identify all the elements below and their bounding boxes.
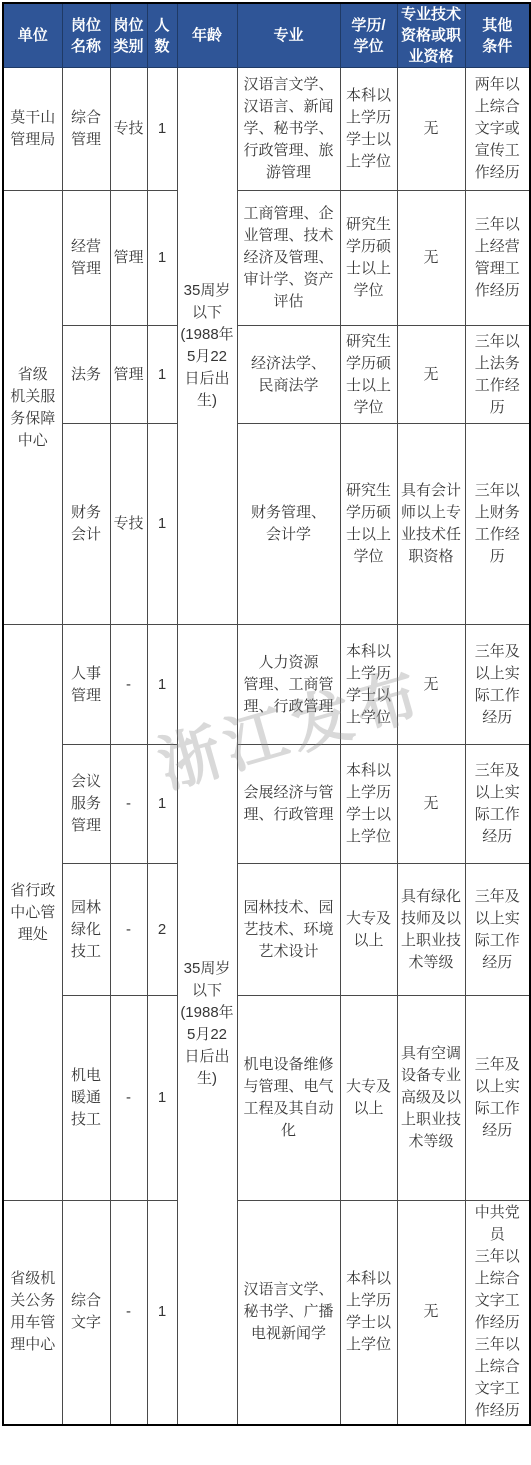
table-row: 法务 管理 1 经济法学、 民商法学 研究生学历硕士以上学位 无 三年以上法务工… <box>3 326 530 424</box>
other-conditions-cell: 三年及以上实际工作经历 <box>465 996 530 1201</box>
major-cell: 会展经济与管理、行政管理 <box>237 745 340 864</box>
table-header-row: 单位 岗位 名称 岗位 类别 人 数 年龄 专业 学历/ 学位 专业技术 资格或… <box>3 3 530 68</box>
unit-cell: 省级 机关服 务保障 中心 <box>3 191 62 625</box>
col-header-major: 专业 <box>237 3 340 68</box>
other-conditions-cell: 三年以上法务工作经历 <box>465 326 530 424</box>
post-name-cell: 经营 管理 <box>62 191 110 326</box>
education-cell: 研究生学历硕士以上学位 <box>340 191 397 326</box>
unit-cell: 莫干山 管理局 <box>3 68 62 191</box>
post-name-cell: 园林 绿化 技工 <box>62 864 110 996</box>
post-category-cell: - <box>110 1201 147 1425</box>
post-name-cell: 法务 <box>62 326 110 424</box>
unit-cell: 省级机 关公务 用车管 理中心 <box>3 1201 62 1425</box>
headcount-cell: 1 <box>147 745 177 864</box>
post-category-cell: 专技 <box>110 68 147 191</box>
education-cell: 本科以上学历学士以上学位 <box>340 68 397 191</box>
col-header-unit: 单位 <box>3 3 62 68</box>
post-category-cell: - <box>110 996 147 1201</box>
table-row: 园林 绿化 技工 - 2 园林技术、园艺技术、环境艺术设计 大专及以上 具有绿化… <box>3 864 530 996</box>
age-cell: 35周岁 以下 (1988年 5月22 日后出 生) <box>177 625 237 1425</box>
col-header-other: 其他 条件 <box>465 3 530 68</box>
other-conditions-cell: 三年及以上实际工作经历 <box>465 625 530 745</box>
other-conditions-cell: 中共党员 三年以上综合文字工作经历 三年以上综合文字工作经历 <box>465 1201 530 1425</box>
education-cell: 大专及以上 <box>340 864 397 996</box>
education-cell: 研究生学历硕士以上学位 <box>340 424 397 625</box>
major-cell: 工商管理、企业管理、技术经济及管理、审计学、资产评估 <box>237 191 340 326</box>
table-row: 省级 机关服 务保障 中心 经营 管理 管理 1 工商管理、企业管理、技术经济及… <box>3 191 530 326</box>
other-conditions-cell: 三年及以上实际工作经历 <box>465 864 530 996</box>
qualification-cell: 具有空调设备专业高级及以上职业技术等级 <box>397 996 465 1201</box>
post-category-cell: - <box>110 625 147 745</box>
post-name-cell: 财务 会计 <box>62 424 110 625</box>
post-category-cell: - <box>110 864 147 996</box>
major-cell: 汉语言文学、秘书学、广播电视新闻学 <box>237 1201 340 1425</box>
headcount-cell: 1 <box>147 996 177 1201</box>
major-cell: 汉语言文学、汉语言、新闻学、秘书学、行政管理、旅游管理 <box>237 68 340 191</box>
col-header-post-category: 岗位 类别 <box>110 3 147 68</box>
post-category-cell: 管理 <box>110 326 147 424</box>
major-cell: 机电设备维修与管理、电气工程及其自动化 <box>237 996 340 1201</box>
education-cell: 本科以上学历学士以上学位 <box>340 745 397 864</box>
headcount-cell: 1 <box>147 1201 177 1425</box>
qualification-cell: 无 <box>397 191 465 326</box>
other-conditions-cell: 三年以上财务工作经历 <box>465 424 530 625</box>
major-cell: 园林技术、园艺技术、环境艺术设计 <box>237 864 340 996</box>
major-cell: 经济法学、 民商法学 <box>237 326 340 424</box>
other-conditions-cell: 三年以上经营管理工作经历 <box>465 191 530 326</box>
headcount-cell: 2 <box>147 864 177 996</box>
post-category-cell: - <box>110 745 147 864</box>
education-cell: 本科以上学历学士以上学位 <box>340 625 397 745</box>
unit-cell: 省行政 中心管 理处 <box>3 625 62 1201</box>
headcount-cell: 1 <box>147 68 177 191</box>
table-row: 会议 服务 管理 - 1 会展经济与管理、行政管理 本科以上学历学士以上学位 无… <box>3 745 530 864</box>
post-category-cell: 管理 <box>110 191 147 326</box>
qualification-cell: 无 <box>397 1201 465 1425</box>
post-name-cell: 会议 服务 管理 <box>62 745 110 864</box>
col-header-age: 年龄 <box>177 3 237 68</box>
headcount-cell: 1 <box>147 625 177 745</box>
major-cell: 财务管理、 会计学 <box>237 424 340 625</box>
recruitment-positions-table: 单位 岗位 名称 岗位 类别 人 数 年龄 专业 学历/ 学位 专业技术 资格或… <box>2 2 531 1426</box>
post-name-cell: 综合 管理 <box>62 68 110 191</box>
table-row: 莫干山 管理局 综合 管理 专技 1 35周岁 以下 (1988年 5月22 日… <box>3 68 530 191</box>
other-conditions-cell: 两年以上综合文字或宣传工作经历 <box>465 68 530 191</box>
qualification-cell: 无 <box>397 68 465 191</box>
col-header-education: 学历/ 学位 <box>340 3 397 68</box>
table-row: 机电 暖通 技工 - 1 机电设备维修与管理、电气工程及其自动化 大专及以上 具… <box>3 996 530 1201</box>
education-cell: 大专及以上 <box>340 996 397 1201</box>
col-header-post-name: 岗位 名称 <box>62 3 110 68</box>
table-row: 省行政 中心管 理处 人事 管理 - 1 35周岁 以下 (1988年 5月22… <box>3 625 530 745</box>
qualification-cell: 具有绿化技师及以上职业技术等级 <box>397 864 465 996</box>
col-header-qualification: 专业技术 资格或职 业资格 <box>397 3 465 68</box>
col-header-headcount: 人 数 <box>147 3 177 68</box>
table-row: 财务 会计 专技 1 财务管理、 会计学 研究生学历硕士以上学位 具有会计师以上… <box>3 424 530 625</box>
other-conditions-cell: 三年及以上实际工作经历 <box>465 745 530 864</box>
headcount-cell: 1 <box>147 191 177 326</box>
qualification-cell: 无 <box>397 326 465 424</box>
post-name-cell: 机电 暖通 技工 <box>62 996 110 1201</box>
post-name-cell: 人事 管理 <box>62 625 110 745</box>
qualification-cell: 无 <box>397 745 465 864</box>
age-cell: 35周岁 以下 (1988年 5月22 日后出 生) <box>177 68 237 625</box>
major-cell: 人力资源 管理、工商管理、行政管理 <box>237 625 340 745</box>
qualification-cell: 具有会计师以上专业技术任职资格 <box>397 424 465 625</box>
headcount-cell: 1 <box>147 326 177 424</box>
headcount-cell: 1 <box>147 424 177 625</box>
post-name-cell: 综合 文字 <box>62 1201 110 1425</box>
qualification-cell: 无 <box>397 625 465 745</box>
recruitment-table-sheet: 单位 岗位 名称 岗位 类别 人 数 年龄 专业 学历/ 学位 专业技术 资格或… <box>2 2 531 1426</box>
post-category-cell: 专技 <box>110 424 147 625</box>
education-cell: 研究生学历硕士以上学位 <box>340 326 397 424</box>
table-row: 省级机 关公务 用车管 理中心 综合 文字 - 1 汉语言文学、秘书学、广播电视… <box>3 1201 530 1425</box>
education-cell: 本科以上学历学士以上学位 <box>340 1201 397 1425</box>
